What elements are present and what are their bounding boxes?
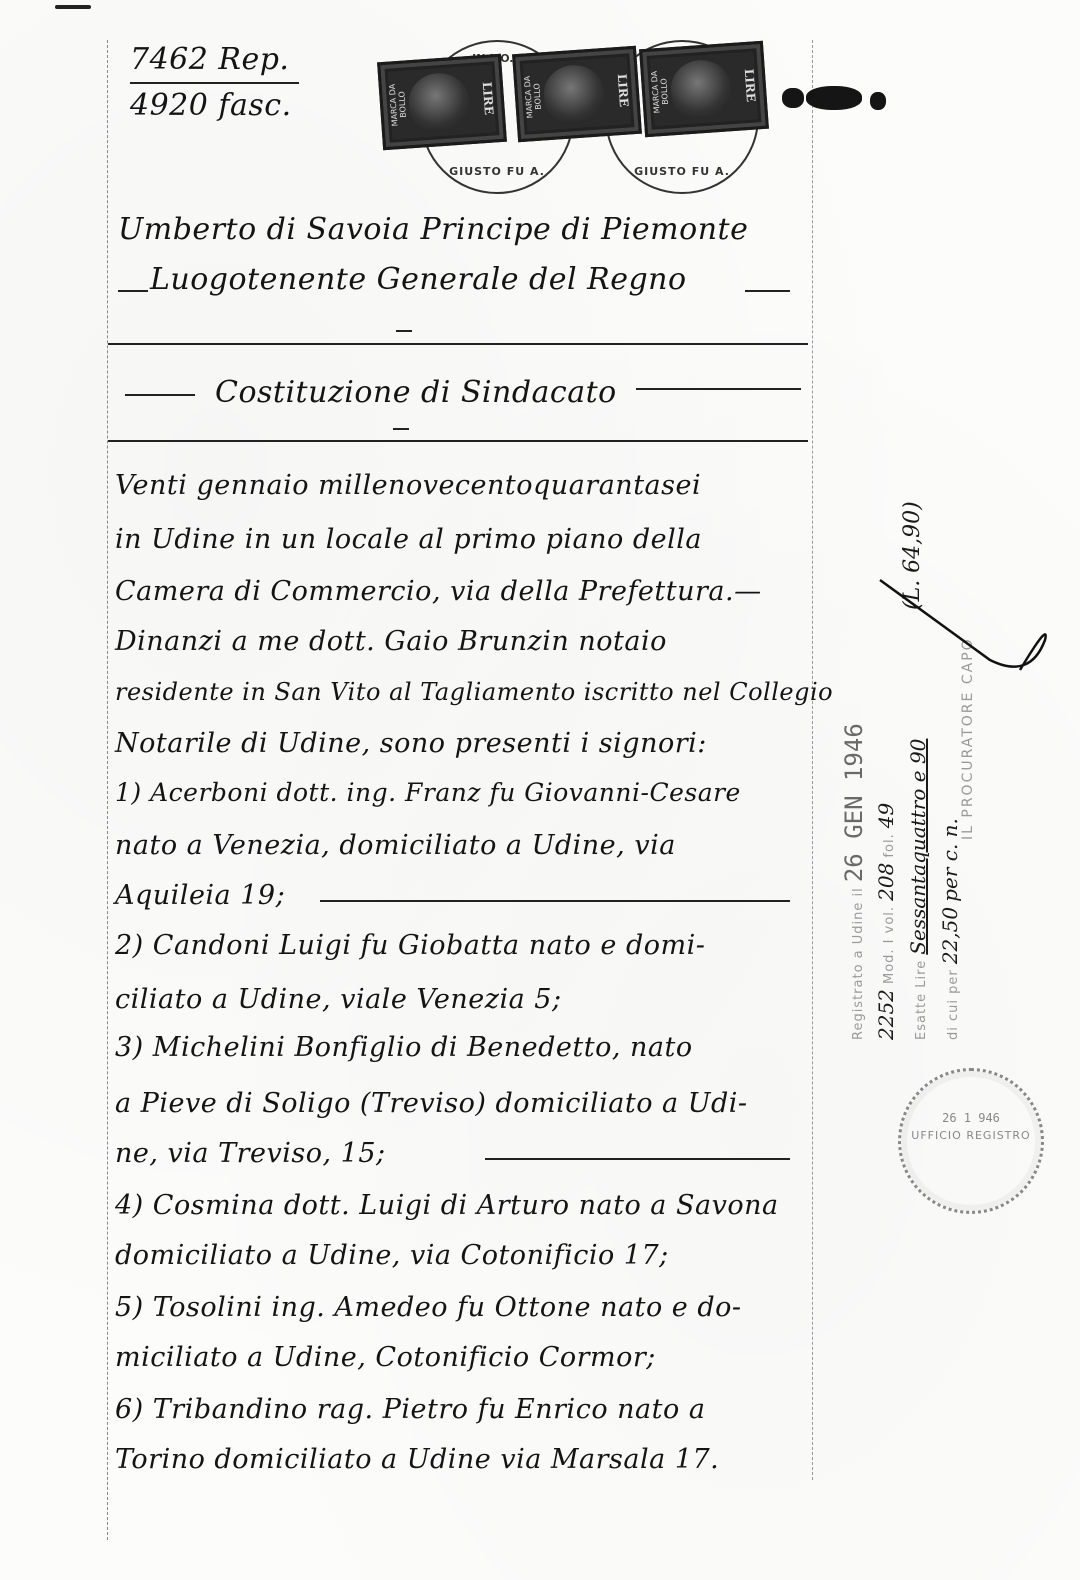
fascicolo-number: 4920 fasc. bbox=[130, 84, 299, 128]
header-line-2: Luogotenente Generale del Regno bbox=[150, 262, 687, 297]
ink-blot bbox=[782, 88, 804, 108]
revenue-stamp: MARCA DA BOLLO LIRE bbox=[512, 46, 642, 142]
participant-6: 6) Tribandino rag. Pietro fu Enrico nato… bbox=[115, 1394, 705, 1425]
separator-rule bbox=[108, 343, 808, 345]
body-line: miciliato a Udine, Cotonificio Cormor; bbox=[115, 1342, 656, 1373]
revenue-stamp: MARCA DA BOLLO LIRE bbox=[377, 54, 507, 150]
body-line: Torino domiciliato a Udine via Marsala 1… bbox=[115, 1444, 719, 1475]
partial-amount: 22,50 bbox=[938, 907, 962, 964]
revenue-stamp: MARCA DA BOLLO LIRE bbox=[639, 41, 769, 137]
body-line: a Pieve di Soligo (Treviso) domiciliato … bbox=[115, 1088, 748, 1119]
center-tick bbox=[393, 428, 409, 430]
right-margin-line bbox=[812, 40, 813, 1480]
participant-5: 5) Tosolini ing. Amedeo fu Ottone nato e… bbox=[115, 1292, 742, 1323]
ink-blot bbox=[870, 92, 886, 110]
left-margin-line bbox=[107, 40, 108, 1540]
body-line: Notarile di Udine, sono presenti i signo… bbox=[115, 728, 707, 759]
registration-volume: 208 bbox=[874, 863, 898, 901]
registration-date: 26 GEN 1946 bbox=[840, 723, 868, 882]
participant-4: 4) Cosmina dott. Luigi di Arturo nato a … bbox=[115, 1190, 779, 1221]
document-title: Costituzione di Sindacato bbox=[215, 375, 617, 410]
scan-artifact-dash bbox=[55, 5, 91, 9]
stamp-portrait-icon bbox=[669, 58, 733, 118]
body-line: ciliato a Udine, viale Venezia 5; bbox=[115, 984, 562, 1015]
amount-words: Sessantaquattro e 90 bbox=[906, 739, 930, 955]
revenue-stamps: IN MO... GIUSTO FU A. NIZ GIUSTO FU A. M… bbox=[380, 40, 800, 190]
body-line: nato a Venezia, domiciliato a Udine, via bbox=[115, 830, 676, 861]
stamp-portrait-icon bbox=[542, 63, 606, 123]
fill-rule bbox=[320, 900, 790, 902]
body-line: Camera di Commercio, via della Prefettur… bbox=[115, 576, 762, 607]
participant-1: 1) Acerboni dott. ing. Franz fu Giovanni… bbox=[115, 778, 741, 807]
signature-icon bbox=[870, 560, 1060, 690]
separator-rule bbox=[108, 440, 808, 442]
ink-blot bbox=[806, 86, 862, 110]
body-line: residente in San Vito al Tagliamento isc… bbox=[115, 678, 833, 706]
office-seal: 26 1 946 UFFICIO REGISTRO bbox=[898, 1068, 1044, 1214]
participant-2: 2) Candoni Luigi fu Giobatta nato e domi… bbox=[115, 930, 705, 961]
body-line: Aquileia 19; bbox=[115, 880, 285, 911]
stamp-portrait-icon bbox=[407, 71, 471, 131]
registration-number: 2252 bbox=[874, 989, 898, 1040]
repertorio-number: 7462 Rep. bbox=[130, 38, 299, 84]
body-line: Dinanzi a me dott. Gaio Brunzin notaio bbox=[115, 626, 667, 657]
body-line: in Udine in un locale al primo piano del… bbox=[115, 524, 702, 555]
header-line-1: Umberto di Savoia Principe di Piemonte bbox=[118, 212, 748, 247]
fill-rule bbox=[485, 1158, 790, 1160]
participant-3: 3) Michelini Bonfiglio di Benedetto, nat… bbox=[115, 1032, 693, 1063]
body-line: domiciliato a Udine, via Cotonificio 17; bbox=[115, 1240, 669, 1271]
header-rule-left bbox=[118, 290, 148, 292]
header-rule-right bbox=[745, 290, 790, 292]
title-rule-left bbox=[125, 394, 195, 396]
body-line: Venti gennaio millenovecentoquarantasei bbox=[115, 470, 701, 501]
reference-numbers: 7462 Rep. 4920 fasc. bbox=[130, 38, 299, 128]
title-rule-right bbox=[636, 388, 801, 390]
body-line: ne, via Treviso, 15; bbox=[115, 1138, 386, 1169]
center-tick bbox=[396, 330, 412, 332]
registration-folio: 49 bbox=[874, 803, 898, 828]
document-page: 7462 Rep. 4920 fasc. IN MO... GIUSTO FU … bbox=[0, 0, 1080, 1580]
